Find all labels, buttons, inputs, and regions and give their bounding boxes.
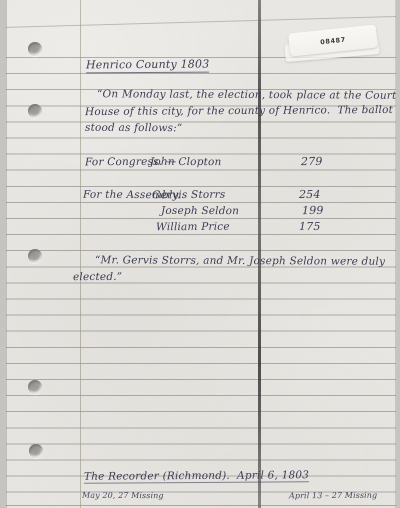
punch-hole xyxy=(28,380,42,394)
binder-spine-line xyxy=(258,0,261,508)
scanned-page: 08487 Henrico County 1803 “On Monday las… xyxy=(0,0,400,508)
vote-count: 279 xyxy=(301,155,323,168)
paragraph-line: “On Monday last, the election, took plac… xyxy=(97,88,397,102)
candidate-name: Joseph Seldon xyxy=(161,205,239,217)
missing-issues-note-right: April 13 – 27 Missing xyxy=(289,491,377,501)
vote-count: 199 xyxy=(302,204,324,217)
margin-line xyxy=(80,0,81,508)
punch-hole xyxy=(28,42,42,56)
vote-count: 254 xyxy=(299,188,321,201)
candidate-name: William Price xyxy=(156,221,230,234)
paragraph-line: House of this city, for the county of He… xyxy=(85,104,393,118)
missing-issues-note-left: May 20, 27 Missing xyxy=(82,491,164,500)
candidate-name: Gervis Storrs xyxy=(152,189,225,202)
conclusion-line: elected.” xyxy=(73,271,122,283)
page-bottom-edge xyxy=(6,505,396,506)
source-citation: The Recorder (Richmond). April 6, 1803 xyxy=(84,469,309,484)
ruled-lines xyxy=(6,57,396,508)
paragraph-line: stood as follows:” xyxy=(85,122,182,135)
punch-hole xyxy=(29,444,43,458)
punch-hole xyxy=(28,104,42,118)
vote-count: 175 xyxy=(299,220,321,233)
archive-number: 08487 xyxy=(320,35,346,46)
punch-hole xyxy=(28,249,42,263)
candidate-name: John Clopton xyxy=(150,156,222,168)
page-title: Henrico County 1803 xyxy=(86,58,209,74)
conclusion-line: “Mr. Gervis Storrs, and Mr. Joseph Seldo… xyxy=(95,254,385,268)
